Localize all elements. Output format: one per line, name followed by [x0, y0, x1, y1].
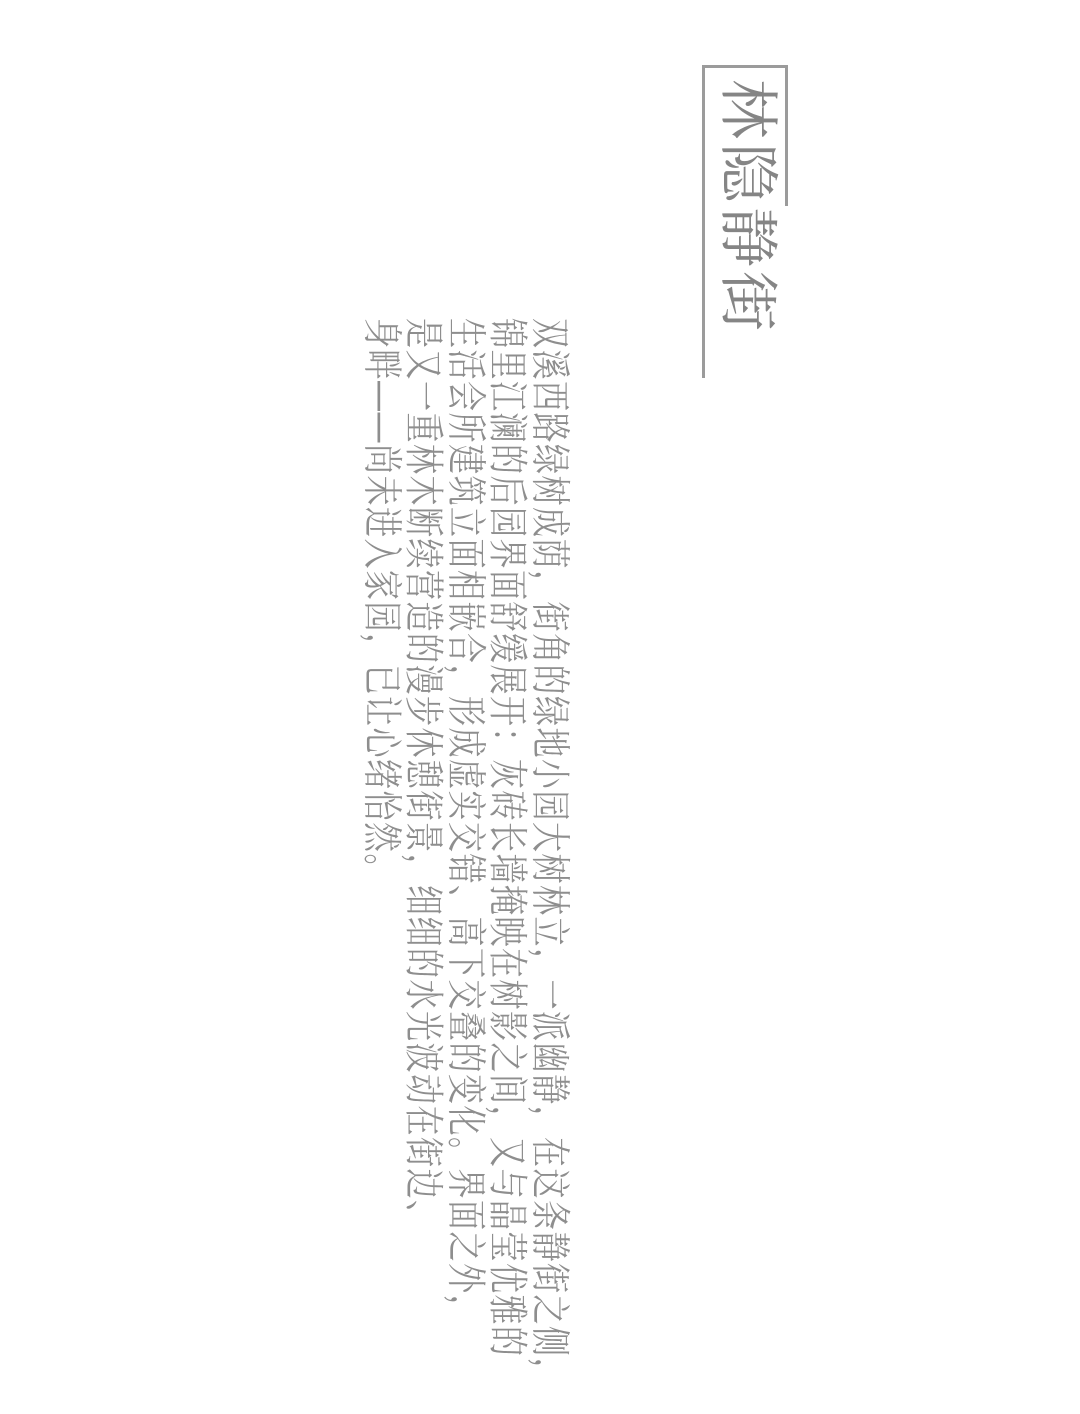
paragraph-line: 锦里江澜的后园界面舒缓展开：灰砖长墙掩映在树影之间，又与晶莹优雅的	[486, 318, 528, 1389]
title-underline-rule	[702, 65, 705, 378]
paragraph-line: 生活会所建筑立面相嵌合，形成虚实交错、高下交叠的变化。界面之外，	[444, 318, 486, 1389]
rotated-page-canvas: 林隐静街 双溪西路绿树成荫，街角的绿地小园大树林立，一派幽静，在这条静街之侧， …	[0, 0, 1080, 1414]
body-paragraph: 双溪西路绿树成荫，街角的绿地小园大树林立，一派幽静，在这条静街之侧， 锦里江澜的…	[360, 318, 570, 1389]
title-left-rule	[702, 65, 788, 68]
paragraph-line: 双溪西路绿树成荫，街角的绿地小园大树林立，一派幽静，在这条静街之侧，	[528, 318, 570, 1389]
paragraph-line: 是又一重林木断续营造的漫步休憩街景，细细的水光波动在街边、	[402, 318, 444, 1389]
paragraph-line: 身畔——尚未进入家园，已让心绪怡然。	[360, 318, 402, 1389]
page-title: 林隐静街	[713, 79, 781, 335]
title-top-rule	[785, 65, 788, 206]
